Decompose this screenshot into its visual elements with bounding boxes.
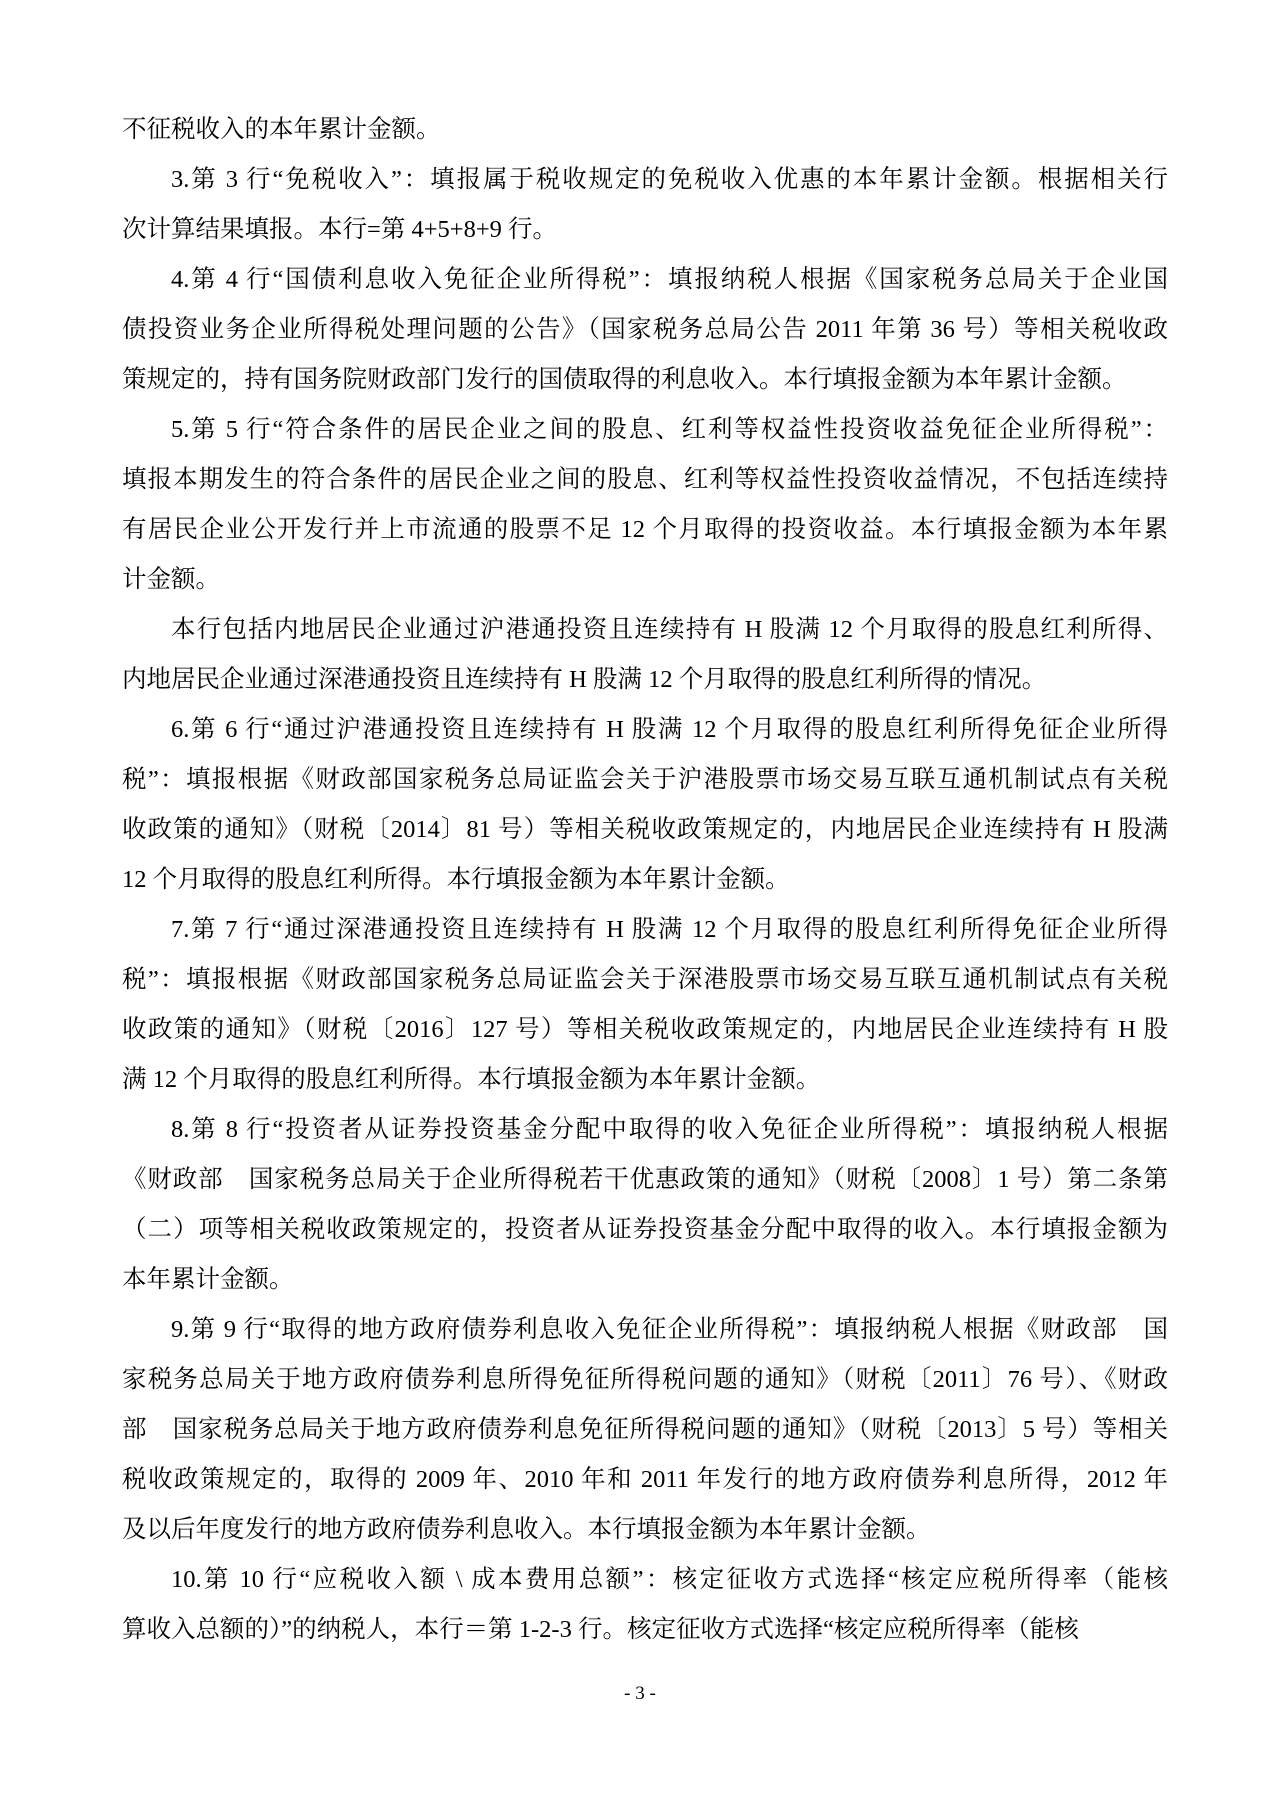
text-line: 10.第 10 行“应税收入额 \ 成本费用总额”：核定征收方式选择“核定应税所… <box>122 1555 1168 1605</box>
text-line: 税”：填报根据《财政部国家税务总局证监会关于深港股票市场交易互联互通机制试点有关… <box>122 955 1168 1005</box>
text-line: 税收政策规定的，取得的 2009 年、2010 年和 2011 年发行的地方政府… <box>122 1455 1168 1505</box>
text-line: 3.第 3 行“免税收入”：填报属于税收规定的免税收入优惠的本年累计金额。根据相… <box>122 155 1168 205</box>
text-line: 《财政部 国家税务总局关于企业所得税若干优惠政策的通知》（财税〔2008〕1 号… <box>122 1155 1168 1205</box>
text-line: 本年累计金额。 <box>122 1255 1168 1305</box>
text-line: 4.第 4 行“国债利息收入免征企业所得税”：填报纳税人根据《国家税务总局关于企… <box>122 255 1168 305</box>
text-line: 9.第 9 行“取得的地方政府债券利息收入免征企业所得税”：填报纳税人根据《财政… <box>122 1305 1168 1355</box>
text-line: 收政策的通知》（财税〔2014〕81 号）等相关税收政策规定的，内地居民企业连续… <box>122 805 1168 855</box>
text-line: 债投资业务企业所得税处理问题的公告》（国家税务总局公告 2011 年第 36 号… <box>122 305 1168 355</box>
text-line: 及以后年度发行的地方政府债券利息收入。本行填报金额为本年累计金额。 <box>122 1505 1168 1555</box>
text-line: 5.第 5 行“符合条件的居民企业之间的股息、红利等权益性投资收益免征企业所得税… <box>122 405 1168 455</box>
text-line: 有居民企业公开发行并上市流通的股票不足 12 个月取得的投资收益。本行填报金额为… <box>122 505 1168 555</box>
text-line: （二）项等相关税收政策规定的，投资者从证券投资基金分配中取得的收入。本行填报金额… <box>122 1205 1168 1255</box>
text-line: 收政策的通知》（财税〔2016〕127 号）等相关税收政策规定的，内地居民企业连… <box>122 1005 1168 1055</box>
text-line: 部 国家税务总局关于地方政府债券利息免征所得税问题的通知》（财税〔2013〕5 … <box>122 1405 1168 1455</box>
document-body: 不征税收入的本年累计金额。3.第 3 行“免税收入”：填报属于税收规定的免税收入… <box>122 105 1168 1655</box>
page-number: - 3 - <box>0 1674 1280 1714</box>
text-line: 8.第 8 行“投资者从证券投资基金分配中取得的收入免征企业所得税”：填报纳税人… <box>122 1105 1168 1155</box>
text-line: 策规定的，持有国务院财政部门发行的国债取得的利息收入。本行填报金额为本年累计金额… <box>122 355 1168 405</box>
text-line: 计金额。 <box>122 555 1168 605</box>
text-line: 6.第 6 行“通过沪港通投资且连续持有 H 股满 12 个月取得的股息红利所得… <box>122 705 1168 755</box>
text-line: 次计算结果填报。本行=第 4+5+8+9 行。 <box>122 205 1168 255</box>
text-line: 不征税收入的本年累计金额。 <box>122 105 1168 155</box>
text-line: 7.第 7 行“通过深港通投资且连续持有 H 股满 12 个月取得的股息红利所得… <box>122 905 1168 955</box>
text-line: 税”：填报根据《财政部国家税务总局证监会关于沪港股票市场交易互联互通机制试点有关… <box>122 755 1168 805</box>
text-line: 内地居民企业通过深港通投资且连续持有 H 股满 12 个月取得的股息红利所得的情… <box>122 655 1168 705</box>
text-line: 本行包括内地居民企业通过沪港通投资且连续持有 H 股满 12 个月取得的股息红利… <box>122 605 1168 655</box>
text-line: 填报本期发生的符合条件的居民企业之间的股息、红利等权益性投资收益情况，不包括连续… <box>122 455 1168 505</box>
text-line: 12 个月取得的股息红利所得。本行填报金额为本年累计金额。 <box>122 855 1168 905</box>
document-page: 不征税收入的本年累计金额。3.第 3 行“免税收入”：填报属于税收规定的免税收入… <box>0 0 1280 1810</box>
text-line: 算收入总额的）”的纳税人，本行＝第 1-2-3 行。核定征收方式选择“核定应税所… <box>122 1605 1168 1655</box>
text-line: 满 12 个月取得的股息红利所得。本行填报金额为本年累计金额。 <box>122 1055 1168 1105</box>
text-line: 家税务总局关于地方政府债券利息所得免征所得税问题的通知》（财税〔2011〕76 … <box>122 1355 1168 1405</box>
